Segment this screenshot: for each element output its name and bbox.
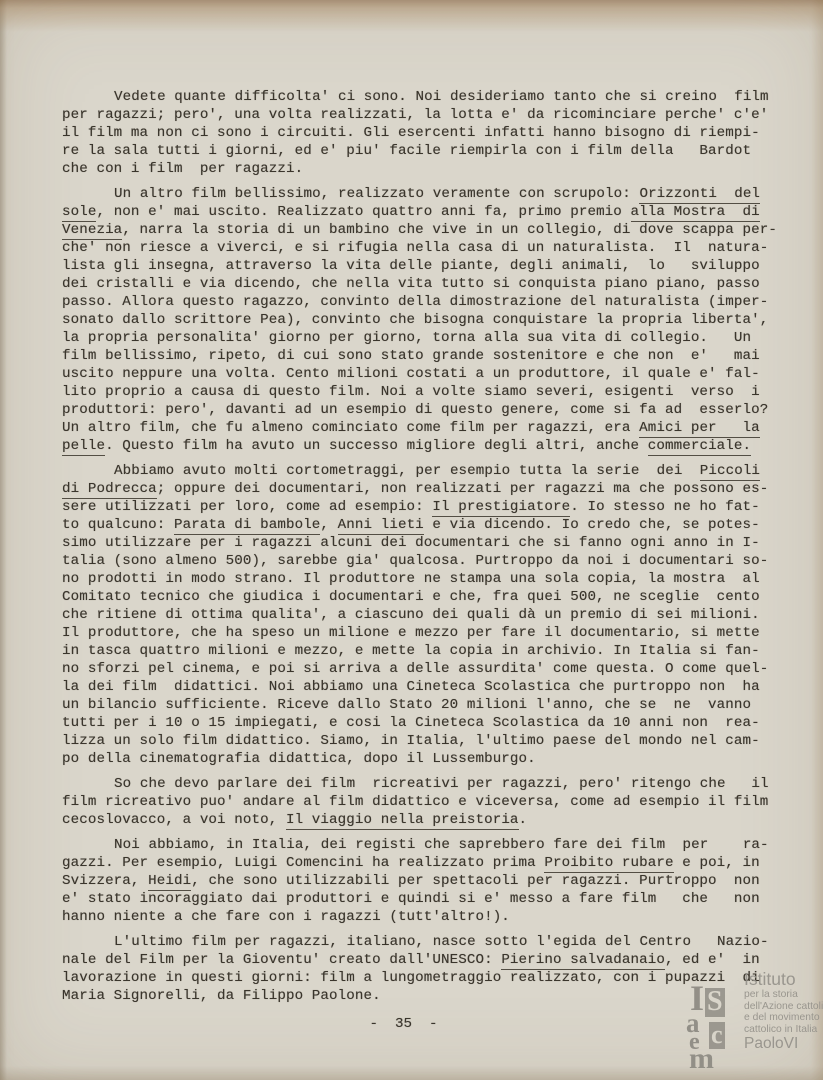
text-run: film bellissimo, ripeto, di cui sono sta… <box>62 348 760 364</box>
text-run: che ritiene di ottima qualita', a ciascu… <box>62 607 760 623</box>
text-line: cecoslovacco, a voi noto, Il viaggio nel… <box>62 811 823 829</box>
underlined-title-text: Proibito rubare <box>544 855 673 873</box>
text-line: dei cristalli e via dicendo, che nella v… <box>62 275 823 293</box>
text-line: no prodotti in modo strano. Il produttor… <box>62 570 823 588</box>
text-line: Il produttore, che ha speso un milione e… <box>62 624 823 642</box>
text-line: So che devo parlare dei film ricreativi … <box>62 775 823 793</box>
text-run: Abbiamo avuto molti cortometraggi, per e… <box>114 463 700 479</box>
text-run: la dei film didattici. Noi abbiamo una C… <box>62 679 760 695</box>
text-run: , che sono utilizzabili per spettacoli p… <box>191 873 760 889</box>
text-line: po della cinematografia didattica, dopo … <box>62 750 823 768</box>
text-run: e via dicendo. Io credo che, se potes- <box>424 517 760 533</box>
text-run: ; oppure dei documentari, non realizzati… <box>157 481 769 497</box>
text-line: e' stato incoraggiato dai produttori e q… <box>62 890 823 908</box>
text-line: che ritiene di ottima qualita', a ciascu… <box>62 606 823 624</box>
text-run: sere utilizzati per loro, come ad esempi… <box>62 499 432 515</box>
text-run: uscito neppure una volta. Cento milioni … <box>62 366 760 382</box>
text-run: Svizzera, <box>62 873 148 889</box>
text-line: che' non riesce a viverci, e si rifugia … <box>62 239 823 257</box>
scanned-document-page: Vedete quante difficolta' ci sono. Noi d… <box>0 0 823 1080</box>
text-run: hanno niente a che fare con i ragazzi (t… <box>62 909 510 925</box>
isacem-caption-line: e del movimento <box>744 1012 823 1024</box>
text-line: la propria personalita' giorno per giorn… <box>62 329 823 347</box>
text-run: , <box>320 517 337 533</box>
text-run: dei cristalli e via dicendo, che nella v… <box>62 276 760 292</box>
paragraph: So che devo parlare dei film ricreativi … <box>62 775 823 829</box>
underlined-title-text: Heidi <box>148 873 191 891</box>
text-line: to qualcuno: Parata di bambole, Anni lie… <box>62 516 823 534</box>
text-line: film bellissimo, ripeto, di cui sono sta… <box>62 347 823 365</box>
isacem-caption-line: PaoloVI <box>744 1035 823 1052</box>
text-line: Vedete quante difficolta' ci sono. Noi d… <box>62 88 823 106</box>
text-run: tutti per i 10 o 15 impiegati, e cosi la… <box>62 715 760 731</box>
text-run: Noi abbiamo, in Italia, dei registi che … <box>114 837 769 853</box>
text-run: simo utilizzare per i ragazzi alcuni dei… <box>62 535 760 551</box>
text-line: il film ma non ci sono i circuiti. Gli e… <box>62 124 823 142</box>
text-line: passo. Allora questo ragazzo, convinto d… <box>62 293 823 311</box>
text-run: che' non riesce a viverci, e si rifugia … <box>62 240 768 256</box>
text-line: di Podrecca; oppure dei documentari, non… <box>62 480 823 498</box>
text-run: no sforzi pel cinema, e poi si arriva a … <box>62 661 768 677</box>
underlined-title-text: Amici per la <box>639 420 760 438</box>
text-run: So che devo parlare dei film ricreativi … <box>114 776 769 792</box>
underlined-title-text: di Podrecca <box>62 481 157 499</box>
text-line: che con i film per ragazzi. <box>62 160 823 178</box>
underlined-title-text: Anni lieti <box>338 517 424 535</box>
underlined-title-text: commerciale. <box>648 438 751 456</box>
text-run: nale del Film per la Gioventu' creato da… <box>62 952 501 968</box>
text-run: . Questo film ha avuto un successo migli… <box>105 438 648 454</box>
underlined-title-text: Il viaggio nella preistoria <box>286 812 519 830</box>
text-run: passo. Allora questo ragazzo, convinto d… <box>62 294 768 310</box>
text-run: , non e' mai uscito. Realizzato quattro … <box>96 204 630 220</box>
text-run: re la sala tutti i giorni, ed e' piu' fa… <box>62 143 751 159</box>
text-line: pelle. Questo film ha avuto un successo … <box>62 437 823 455</box>
text-line: Abbiamo avuto molti cortometraggi, per e… <box>62 462 823 480</box>
document-text: Vedete quante difficolta' ci sono. Noi d… <box>0 0 823 1005</box>
text-line: Noi abbiamo, in Italia, dei registi che … <box>62 836 823 854</box>
isacem-caption-line: per la storia <box>744 989 823 1001</box>
text-line: film ricreativo puo' andare al film dida… <box>62 793 823 811</box>
text-line: Svizzera, Heidi, che sono utilizzabili p… <box>62 872 823 890</box>
underlined-title-text: Pierino salvadanaio <box>501 952 665 970</box>
text-run: e' stato incoraggiato dai produttori e q… <box>62 891 760 907</box>
text-line: sole, non e' mai uscito. Realizzato quat… <box>62 203 823 221</box>
text-run: sonato dallo scrittore Pea), convinto ch… <box>62 312 768 328</box>
isacem-logo-letter: S <box>705 988 725 1017</box>
text-run: in tasca quattro milioni e mezzo, e mett… <box>62 643 760 659</box>
underlined-title-text: pelle <box>62 438 105 456</box>
text-run: Maria Signorelli, da Filippo Paolone. <box>62 988 381 1004</box>
text-run: lito proprio a causa di questo film. Noi… <box>62 384 760 400</box>
text-run: , narra la storia di un bambino che vive… <box>122 222 777 238</box>
text-run: film ricreativo puo' andare al film dida… <box>62 794 768 810</box>
text-line: un bilancio sufficiente. Riceve dallo St… <box>62 696 823 714</box>
text-line: re la sala tutti i giorni, ed e' piu' fa… <box>62 142 823 160</box>
text-line: Un altro film, che fu almeno cominciato … <box>62 419 823 437</box>
text-line: in tasca quattro milioni e mezzo, e mett… <box>62 642 823 660</box>
underlined-title-text: Il prestigiatore <box>432 499 570 517</box>
text-run: un bilancio sufficiente. Riceve dallo St… <box>62 697 751 713</box>
underlined-title-text: Piccoli <box>700 463 760 481</box>
text-run: che con i film per ragazzi. <box>62 161 303 177</box>
text-run: . Io stesso ne ho fat- <box>570 499 760 515</box>
underlined-title-text: Parata di bambole <box>174 517 320 535</box>
isacem-caption-line: Istituto <box>744 970 823 989</box>
text-run: talia (sono almeno 500), sarebbe gia' qu… <box>62 553 768 569</box>
paragraph: Abbiamo avuto molti cortometraggi, per e… <box>62 462 823 768</box>
text-line: per ragazzi; pero', una volta realizzati… <box>62 106 823 124</box>
text-line: sonato dallo scrittore Pea), convinto ch… <box>62 311 823 329</box>
text-run: produttori: pero', davanti ad un esempio… <box>62 402 768 418</box>
text-run: no prodotti in modo strano. Il produttor… <box>62 571 760 587</box>
isacem-logo-letter: m <box>689 1044 714 1074</box>
text-run: Un altro film bellissimo, realizzato ver… <box>114 186 639 202</box>
underlined-title-text: alla Mostra di <box>631 204 760 222</box>
text-line: hanno niente a che fare con i ragazzi (t… <box>62 908 823 926</box>
text-run: to qualcuno: <box>62 517 174 533</box>
text-run: Comitato tecnico che giudica i documenta… <box>62 589 760 605</box>
text-run: gazzi. Per esempio, Luigi Comencini ha r… <box>62 855 544 871</box>
text-line: gazzi. Per esempio, Luigi Comencini ha r… <box>62 854 823 872</box>
isacem-caption-line: dell'Azione cattolica <box>744 1001 823 1013</box>
text-run: per ragazzi; pero', una volta realizzati… <box>62 107 768 123</box>
underlined-title-text: Venezia <box>62 222 122 240</box>
isacem-logo: ISacem <box>686 980 742 1062</box>
text-line: lizza un solo film didattico. Siamo, in … <box>62 732 823 750</box>
isacem-caption: Istitutoper la storiadell'Azione cattoli… <box>744 970 823 1052</box>
paragraph: Vedete quante difficolta' ci sono. Noi d… <box>62 88 823 178</box>
text-run: L'ultimo film per ragazzi, italiano, nas… <box>114 934 769 950</box>
text-run: la propria personalita' giorno per giorn… <box>62 330 751 346</box>
text-line: produttori: pero', davanti ad un esempio… <box>62 401 823 419</box>
text-line: lista gli insegna, attraverso la vita de… <box>62 257 823 275</box>
text-run: lista gli insegna, attraverso la vita de… <box>62 258 760 274</box>
text-run: po della cinematografia didattica, dopo … <box>62 751 536 767</box>
text-run: Un altro film, che fu almeno cominciato … <box>62 420 639 436</box>
text-line: Venezia, narra la storia di un bambino c… <box>62 221 823 239</box>
text-line: Un altro film bellissimo, realizzato ver… <box>62 185 823 203</box>
text-line: tutti per i 10 o 15 impiegati, e cosi la… <box>62 714 823 732</box>
text-run: Il produttore, che ha speso un milione e… <box>62 625 760 641</box>
isacem-caption-line: cattolico in Italia <box>744 1024 823 1036</box>
text-line: L'ultimo film per ragazzi, italiano, nas… <box>62 933 823 951</box>
text-run: e poi, in <box>674 855 760 871</box>
text-run: cecoslovacco, a voi noto, <box>62 812 286 828</box>
text-line: uscito neppure una volta. Cento milioni … <box>62 365 823 383</box>
text-run: lizza un solo film didattico. Siamo, in … <box>62 733 760 749</box>
text-line: simo utilizzare per i ragazzi alcuni dei… <box>62 534 823 552</box>
text-run: . <box>519 812 528 828</box>
text-line: talia (sono almeno 500), sarebbe gia' qu… <box>62 552 823 570</box>
isacem-watermark: ISacem Istitutoper la storiadell'Azione … <box>686 966 822 1066</box>
text-line: lito proprio a causa di questo film. Noi… <box>62 383 823 401</box>
text-line: la dei film didattici. Noi abbiamo una C… <box>62 678 823 696</box>
underlined-title-text: Orizzonti del <box>639 186 760 204</box>
paragraph: Un altro film bellissimo, realizzato ver… <box>62 185 823 455</box>
text-line: sere utilizzati per loro, come ad esempi… <box>62 498 823 516</box>
text-line: Comitato tecnico che giudica i documenta… <box>62 588 823 606</box>
underlined-title-text: sole <box>62 204 96 222</box>
text-line: no sforzi pel cinema, e poi si arriva a … <box>62 660 823 678</box>
text-run: lavorazione in questi giorni: film a lun… <box>62 970 760 986</box>
text-run: il film ma non ci sono i circuiti. Gli e… <box>62 125 760 141</box>
text-run: Vedete quante difficolta' ci sono. Noi d… <box>114 89 769 105</box>
paragraph: Noi abbiamo, in Italia, dei registi che … <box>62 836 823 926</box>
